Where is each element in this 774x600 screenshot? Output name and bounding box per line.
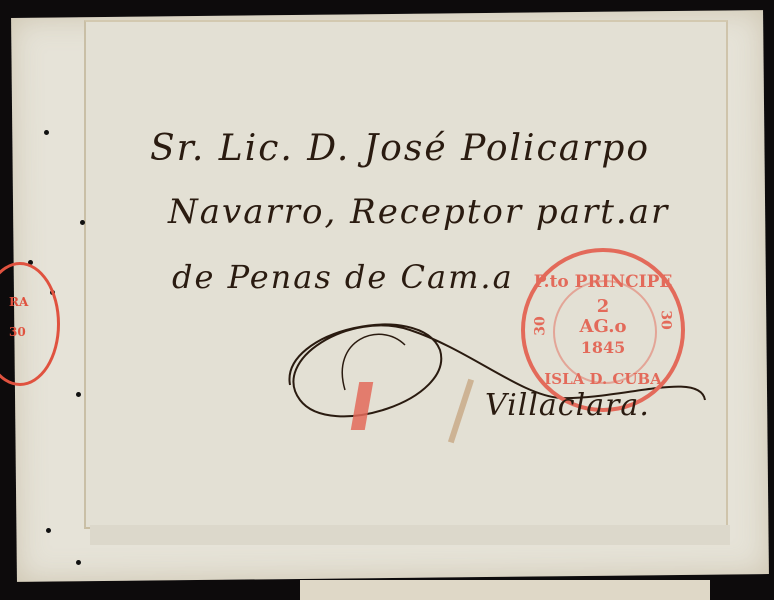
postmark-country: ISLA D. CUBA <box>525 370 681 388</box>
postmark-year: 1845 <box>525 338 681 357</box>
postmark-town: P.to PRINCIPE <box>525 272 681 292</box>
destination-text: Villaclara. <box>485 388 650 423</box>
postmark-side-right: 30 <box>657 310 673 329</box>
postmark-side-left: 30 <box>533 316 549 335</box>
